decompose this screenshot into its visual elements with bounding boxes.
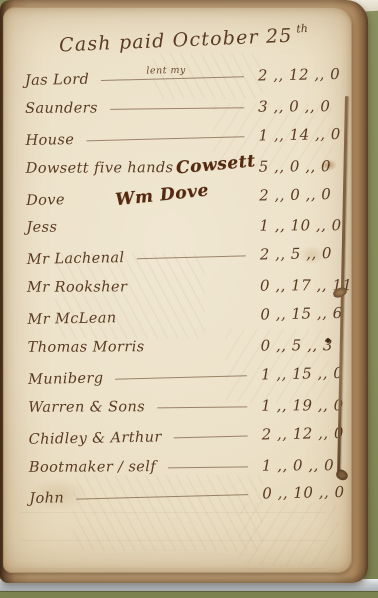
- row-rule: [64, 476, 263, 507]
- amount-lsd: 1 ,, 15 ,, 0: [261, 364, 335, 383]
- overwritten-name: Cowsett: [175, 151, 256, 178]
- ledger-row: Mr Rooksher 0 ,, 17 ,, 11: [27, 267, 334, 298]
- amount-lsd: 0 ,, 17 ,, 11: [260, 276, 334, 294]
- amount-lsd: 2 ,, 0 ,, 0: [259, 185, 333, 204]
- amount-lsd: 1 ,, 10 ,, 0: [259, 217, 333, 235]
- row-rule: lent my: [89, 57, 258, 87]
- ordinal-superscript: th: [296, 22, 308, 35]
- amount-lsd: 1 ,, 0 ,, 0: [262, 456, 336, 474]
- amount-lsd: 2 ,, 12 ,, 0: [258, 65, 332, 84]
- payee-name: Chidley & Arthur: [29, 429, 162, 448]
- ledger-row: Dove Wm Dove 2 ,, 0 ,, 0: [26, 176, 334, 212]
- ledger-entries: Jas Lord lent my 2 ,, 12 ,, 0 Saunders 3…: [25, 57, 337, 509]
- ledger-row: Jess 1 ,, 10 ,, 0: [26, 208, 333, 239]
- ink-speck: [326, 338, 330, 343]
- row-rule: [116, 297, 260, 327]
- ledger-row: Jas Lord lent my 2 ,, 12 ,, 0: [25, 56, 333, 92]
- amount-lsd: 3 ,, 0 ,, 0: [258, 97, 332, 115]
- interlinear-note: lent my: [146, 65, 186, 77]
- payee-name: House: [25, 132, 74, 149]
- payee-name: Dowsett five hands: [26, 160, 174, 177]
- ledger-row: Mr Lachenal 2 ,, 5 ,, 0: [26, 235, 334, 271]
- ledger-row: Muniberg 1 ,, 15 ,, 0: [28, 355, 336, 391]
- page-title: Cash paid October 25th: [59, 24, 320, 57]
- ledger-row: House 1 ,, 14 ,, 0: [25, 116, 333, 152]
- row-rule: [144, 328, 260, 355]
- row-rule: [156, 447, 262, 474]
- row-rule: [57, 208, 259, 236]
- ledger-row: John 0 ,, 10 ,, 0: [29, 475, 337, 511]
- amount-lsd: 1 ,, 19 ,, 0: [261, 396, 335, 414]
- amount-lsd: 2 ,, 5 ,, 0: [260, 244, 334, 263]
- ledger-row: Thomas Morris 0 ,, 5 ,, 3: [28, 327, 335, 358]
- amount-lsd: 1 ,, 14 ,, 0: [258, 125, 332, 144]
- amount-lsd: 0 ,, 15 ,, 6: [260, 304, 334, 323]
- row-rule: [127, 268, 260, 296]
- row-rule: Wm Dove: [65, 177, 260, 208]
- row-rule: Cowsett: [173, 148, 258, 175]
- amount-lsd: 5 ,, 0 ,, 0: [259, 157, 333, 175]
- photographed-ledger-scene: Cash paid October 25th Jas Lord lent my …: [0, 0, 378, 598]
- amount-lsd: 0 ,, 5 ,, 3: [261, 336, 335, 354]
- payee-name: Jess: [26, 220, 57, 236]
- ledger-row: Saunders 3 ,, 0 ,, 0: [25, 88, 332, 119]
- ledger-page: Cash paid October 25th Jas Lord lent my …: [3, 7, 352, 573]
- row-rule: [103, 356, 261, 386]
- overwritten-name: Wm Dove: [114, 180, 210, 210]
- payee-name: Mr Rooksher: [27, 279, 127, 296]
- payee-name: Bootmaker / self: [29, 459, 156, 476]
- payee-name: Muniberg: [28, 370, 104, 387]
- amount-lsd: 2 ,, 12 ,, 0: [261, 424, 335, 443]
- ledger-row: Chidley & Arthur 2 ,, 12 ,, 0: [28, 415, 336, 451]
- payee-name: Dove: [26, 192, 65, 209]
- payee-name: Mr Lachenal: [27, 250, 125, 268]
- payee-name: John: [29, 491, 64, 508]
- row-rule: [124, 237, 260, 266]
- ledger-row: Dowsett five hands Cowsett 5 ,, 0 ,, 0: [26, 148, 333, 179]
- row-rule: [145, 387, 261, 414]
- show-through: [239, 503, 339, 565]
- page-title-text: Cash paid October 25: [59, 25, 293, 57]
- row-rule: [98, 88, 258, 116]
- row-rule: [74, 117, 259, 147]
- payee-name: Thomas Morris: [28, 339, 145, 356]
- ledger-row: Warren & Sons 1 ,, 19 ,, 0: [28, 387, 335, 418]
- amount-lsd: 0 ,, 10 ,, 0: [262, 483, 336, 502]
- ledger-row: Mr McLean 0 ,, 15 ,, 6: [27, 295, 335, 331]
- ledger-row: Bootmaker / self 1 ,, 0 ,, 0: [29, 447, 336, 478]
- payee-name: Jas Lord: [25, 72, 90, 89]
- payee-name: Saunders: [25, 100, 98, 116]
- row-rule: [161, 416, 261, 445]
- payee-name: Warren & Sons: [28, 399, 145, 416]
- payee-name: Mr McLean: [27, 310, 116, 328]
